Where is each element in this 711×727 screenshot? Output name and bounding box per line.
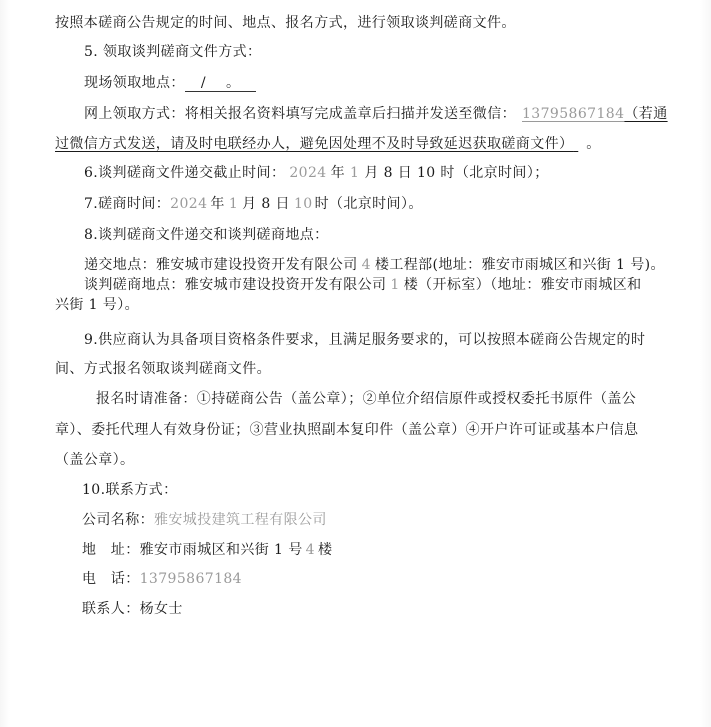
negotiation-year-unit: 年: [210, 196, 224, 212]
section9-line1: 9.供应商认为具备项目资格条件要求，且满足服务要求的，可以按照本磋商公告规定的时: [84, 331, 645, 349]
negotiation-year: 2024: [170, 196, 210, 212]
intro-line: 按照本磋商公告规定的时间、地点、报名方式，进行领取谈判磋商文件。: [55, 14, 516, 32]
company-label: 公司名称：: [82, 512, 154, 528]
negotiation-time-label: 7.磋商时间：: [84, 196, 170, 212]
contact-value: 杨女士: [140, 601, 183, 617]
submit-location-line: 递交地点：雅安城市建设投资开发有限公司4楼工程部(地址：雅安市雨城区和兴街 1 …: [84, 256, 665, 274]
negotiate-location-line: 谈判磋商地点：雅安城市建设投资开发有限公司1楼（开标室）（地址：雅安市雨城区和: [84, 276, 642, 294]
deadline-year-unit: 年: [331, 165, 345, 181]
prep-line3: （盖公章）。: [55, 451, 134, 469]
company-line: 公司名称：雅安城投建筑工程有限公司: [82, 511, 327, 529]
negotiation-tail: 时（北京时间）。: [315, 196, 423, 212]
section7-negotiation-time: 7.磋商时间：2024年1月 8 日10时（北京时间）。: [84, 195, 423, 213]
submit-location-label: 递交地点：雅安城市建设投资开发有限公司: [84, 257, 358, 273]
negotiation-hour: 10: [290, 196, 315, 212]
section8-heading-text: 8.谈判磋商文件递交和谈判磋商地点：: [84, 227, 329, 243]
negotiate-location-cont-text: 兴街 1 号）。: [55, 297, 139, 313]
section5-heading: 5. 领取谈判磋商文件方式：: [84, 43, 261, 61]
negotiate-location-cont: 兴街 1 号）。: [55, 296, 139, 314]
prep-line2: 章）、委托代理人有效身份证；③营业执照副本复印件（盖公章）④开户许可证或基本户信…: [55, 421, 638, 439]
onsite-value-slash: /: [201, 75, 206, 91]
section10-heading: 10.联系方式：: [82, 481, 177, 499]
section9-text2: 间、方式报名领取谈判磋商文件。: [55, 361, 271, 377]
prep-line1: 报名时请准备：①持磋商公告（盖公章）；②单位介绍信原件或授权委托书原件（盖公: [96, 390, 636, 408]
document-page: 按照本磋商公告规定的时间、地点、报名方式，进行领取谈判磋商文件。 5. 领取谈判…: [0, 0, 711, 727]
contact-line: 联系人：杨女士: [82, 600, 183, 618]
section9-line2: 间、方式报名领取谈判磋商文件。: [55, 360, 271, 378]
deadline-rest: 月 8 日 10 时（北京时间）；: [364, 165, 548, 181]
company-value: 雅安城投建筑工程有限公司: [154, 512, 327, 528]
submit-location-tail: 楼工程部(地址：雅安市雨城区和兴街 1 号)。: [375, 257, 665, 273]
online-note-part2: 过微信方式发送，请及时电联经办人，避免因处理不及时导致延迟获取磋商文件）: [55, 136, 573, 152]
phone-value: 13795867184: [140, 571, 242, 587]
negotiation-month: 1: [225, 196, 242, 212]
section8-heading: 8.谈判磋商文件递交和谈判磋商地点：: [84, 226, 329, 244]
phone-line: 电 话：13795867184: [82, 570, 242, 588]
address-label: 地 址：: [82, 542, 140, 558]
contact-label: 联系人：: [82, 601, 140, 617]
section5-heading-text: 5. 领取谈判磋商文件方式：: [84, 44, 261, 60]
underline-pad: [573, 136, 586, 152]
address-line: 地 址：雅安市雨城区和兴街 1 号4楼: [82, 541, 332, 559]
address-floor: 4: [303, 542, 318, 558]
negotiate-location-tail: 楼（开标室）（地址：雅安市雨城区和: [404, 277, 642, 293]
deadline-month: 1: [345, 165, 364, 181]
onsite-value-blank: /。: [185, 75, 257, 92]
online-note-part1: （若通: [624, 106, 667, 122]
online-pickup-line-cont: 过微信方式发送，请及时电联经办人，避免因处理不及时导致延迟获取磋商文件） 。: [55, 135, 601, 153]
submit-floor: 4: [358, 257, 375, 273]
wechat-number: 13795867184: [516, 106, 624, 122]
negotiate-floor: 1: [386, 277, 403, 293]
phone-label: 电 话：: [82, 571, 140, 587]
address-tail: 楼: [318, 542, 332, 558]
address-value: 雅安市雨城区和兴街 1 号: [140, 542, 303, 558]
negotiate-location-label: 谈判磋商地点：雅安城市建设投资开发有限公司: [84, 277, 386, 293]
intro-text: 按照本磋商公告规定的时间、地点、报名方式，进行领取谈判磋商文件。: [55, 15, 516, 31]
onsite-pickup-line: 现场领取地点：/。: [84, 74, 256, 92]
prep-text3: （盖公章）。: [55, 452, 134, 468]
section6-deadline: 6.谈判磋商文件递交截止时间：2024年1月 8 日 10 时（北京时间）；: [84, 164, 549, 182]
online-end-period: 。: [586, 136, 600, 152]
online-label: 网上领取方式：将相关报名资料填写完成盖章后扫描并发送至微信：: [84, 106, 516, 122]
deadline-year: 2024: [285, 165, 330, 181]
section9-text1: 9.供应商认为具备项目资格条件要求，且满足服务要求的，可以按照本磋商公告规定的时: [84, 332, 645, 348]
onsite-label: 现场领取地点：: [84, 75, 185, 91]
onsite-value-period: 。: [226, 75, 240, 91]
negotiation-day: 月 8 日: [242, 196, 290, 212]
section10-heading-text: 10.联系方式：: [82, 482, 177, 498]
prep-text1: 报名时请准备：①持磋商公告（盖公章）；②单位介绍信原件或授权委托书原件（盖公: [96, 391, 636, 407]
online-pickup-line: 网上领取方式：将相关报名资料填写完成盖章后扫描并发送至微信：1379586718…: [84, 105, 668, 123]
prep-text2: 章）、委托代理人有效身份证；③营业执照副本复印件（盖公章）④开户许可证或基本户信…: [55, 422, 638, 438]
deadline-label: 6.谈判磋商文件递交截止时间：: [84, 165, 285, 181]
